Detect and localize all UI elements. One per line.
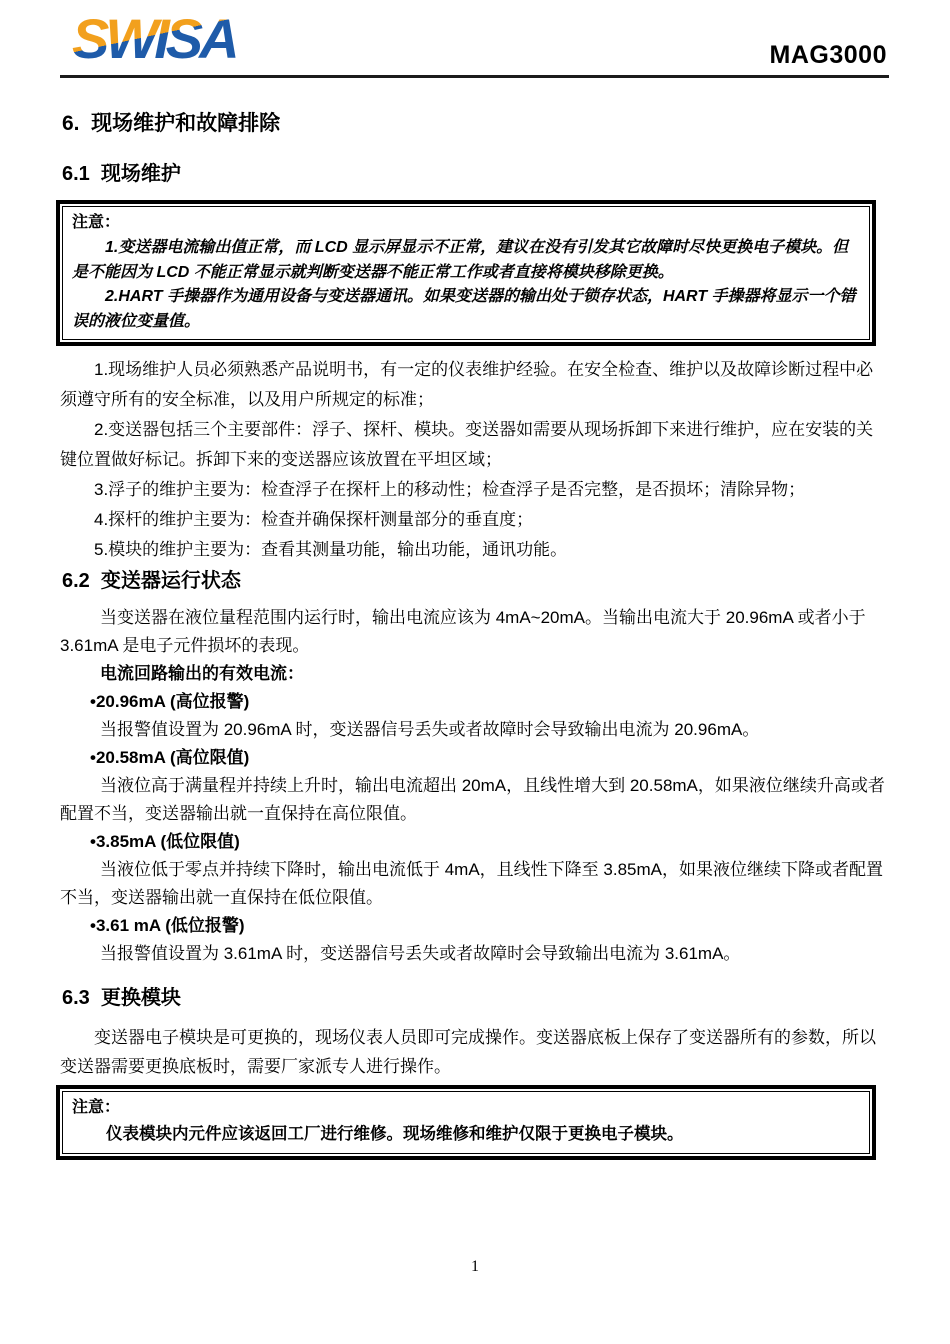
maintenance-paragraph: 2.变送器包括三个主要部件：浮子、探杆、模块。变送器如需要从现场拆卸下来进行维护…	[60, 415, 888, 475]
maintenance-paragraph: 1.现场维护人员必须熟悉产品说明书，有一定的仪表维护经验。在安全检查、维护以及故…	[60, 355, 888, 415]
note-label: 注意：	[72, 1095, 859, 1121]
note-item-1: 1.变送器电流输出值正常，而 LCD 显示屏显示不正常，建议在没有引发其它故障时…	[72, 236, 859, 285]
current-item-text: 当液位高于满量程并持续上升时，输出电流超出 20mA，且线性增大到 20.58m…	[60, 772, 888, 828]
maintenance-paragraph: 4.探杆的维护主要为：检查并确保探杆测量部分的垂直度；	[60, 505, 888, 535]
s62-intro: 当变送器在液位量程范围内运行时，输出电流应该为 4mA~20mA。当输出电流大于…	[60, 604, 888, 660]
maintenance-paragraph: 5.模块的维护主要为：查看其测量功能，输出功能，通讯功能。	[60, 535, 888, 565]
document-page: SWISA MAG3000 6. 现场维护和故障排除 6.1 现场维护 注意： …	[0, 0, 950, 1344]
note-box-2-inner: 注意： 仪表模块内元件应该返回工厂进行维修。现场维修和维护仅限于更换电子模块。	[62, 1091, 870, 1154]
current-item-label: •20.58mA (高位限值)	[90, 744, 888, 772]
current-item-label: •20.96mA (高位报警)	[90, 688, 888, 716]
note-box-1-inner: 注意： 1.变送器电流输出值正常，而 LCD 显示屏显示不正常，建议在没有引发其…	[62, 206, 870, 340]
section-6-1-title: 6.1 现场维护	[62, 162, 888, 187]
current-item-text: 当液位低于零点并持续下降时，输出电流低于 4mA，且线性下降至 3.85mA，如…	[60, 856, 888, 912]
maintenance-paragraph: 3.浮子的维护主要为：检查浮子在探杆上的移动性；检查浮子是否完整，是否损坏；清除…	[60, 475, 888, 505]
section-6-title: 6. 现场维护和故障排除	[62, 111, 888, 137]
page-number: 1	[0, 1258, 950, 1276]
current-item-text: 当报警值设置为 3.61mA 时，变送器信号丢失或者故障时会导致输出电流为 3.…	[60, 940, 888, 968]
swisa-logo: SWISA	[72, 8, 236, 70]
s63-paragraph: 变送器电子模块是可更换的，现场仪表人员即可完成操作。变送器底板上保存了变送器所有…	[60, 1023, 888, 1081]
note-item-2: 2.HART 手操器作为通用设备与变送器通讯。如果变送器的输出处于锁存状态，HA…	[72, 285, 859, 334]
note-box-1: 注意： 1.变送器电流输出值正常，而 LCD 显示屏显示不正常，建议在没有引发其…	[56, 200, 876, 346]
current-item-label: •3.85mA (低位限值)	[90, 828, 888, 856]
section-6-3-title: 6.3 更换模块	[62, 986, 888, 1011]
section-6-2-title: 6.2 变送器运行状态	[62, 569, 888, 594]
section-6-2-body: 当变送器在液位量程范围内运行时，输出电流应该为 4mA~20mA。当输出电流大于…	[60, 604, 888, 968]
model-number: MAG3000	[770, 41, 887, 70]
page-content: 6. 现场维护和故障排除 6.1 现场维护 注意： 1.变送器电流输出值正常，而…	[60, 78, 888, 1160]
current-item-label: •3.61 mA (低位报警)	[90, 912, 888, 940]
s62-subtitle: 电流回路输出的有效电流：	[100, 660, 888, 688]
note-text: 仪表模块内元件应该返回工厂进行维修。现场维修和维护仅限于更换电子模块。	[72, 1121, 859, 1148]
page-header: SWISA MAG3000	[60, 12, 889, 78]
note-box-2: 注意： 仪表模块内元件应该返回工厂进行维修。现场维修和维护仅限于更换电子模块。	[56, 1085, 876, 1160]
note-label: 注意：	[72, 210, 859, 236]
current-item-text: 当报警值设置为 20.96mA 时，变送器信号丢失或者故障时会导致输出电流为 2…	[60, 716, 888, 744]
